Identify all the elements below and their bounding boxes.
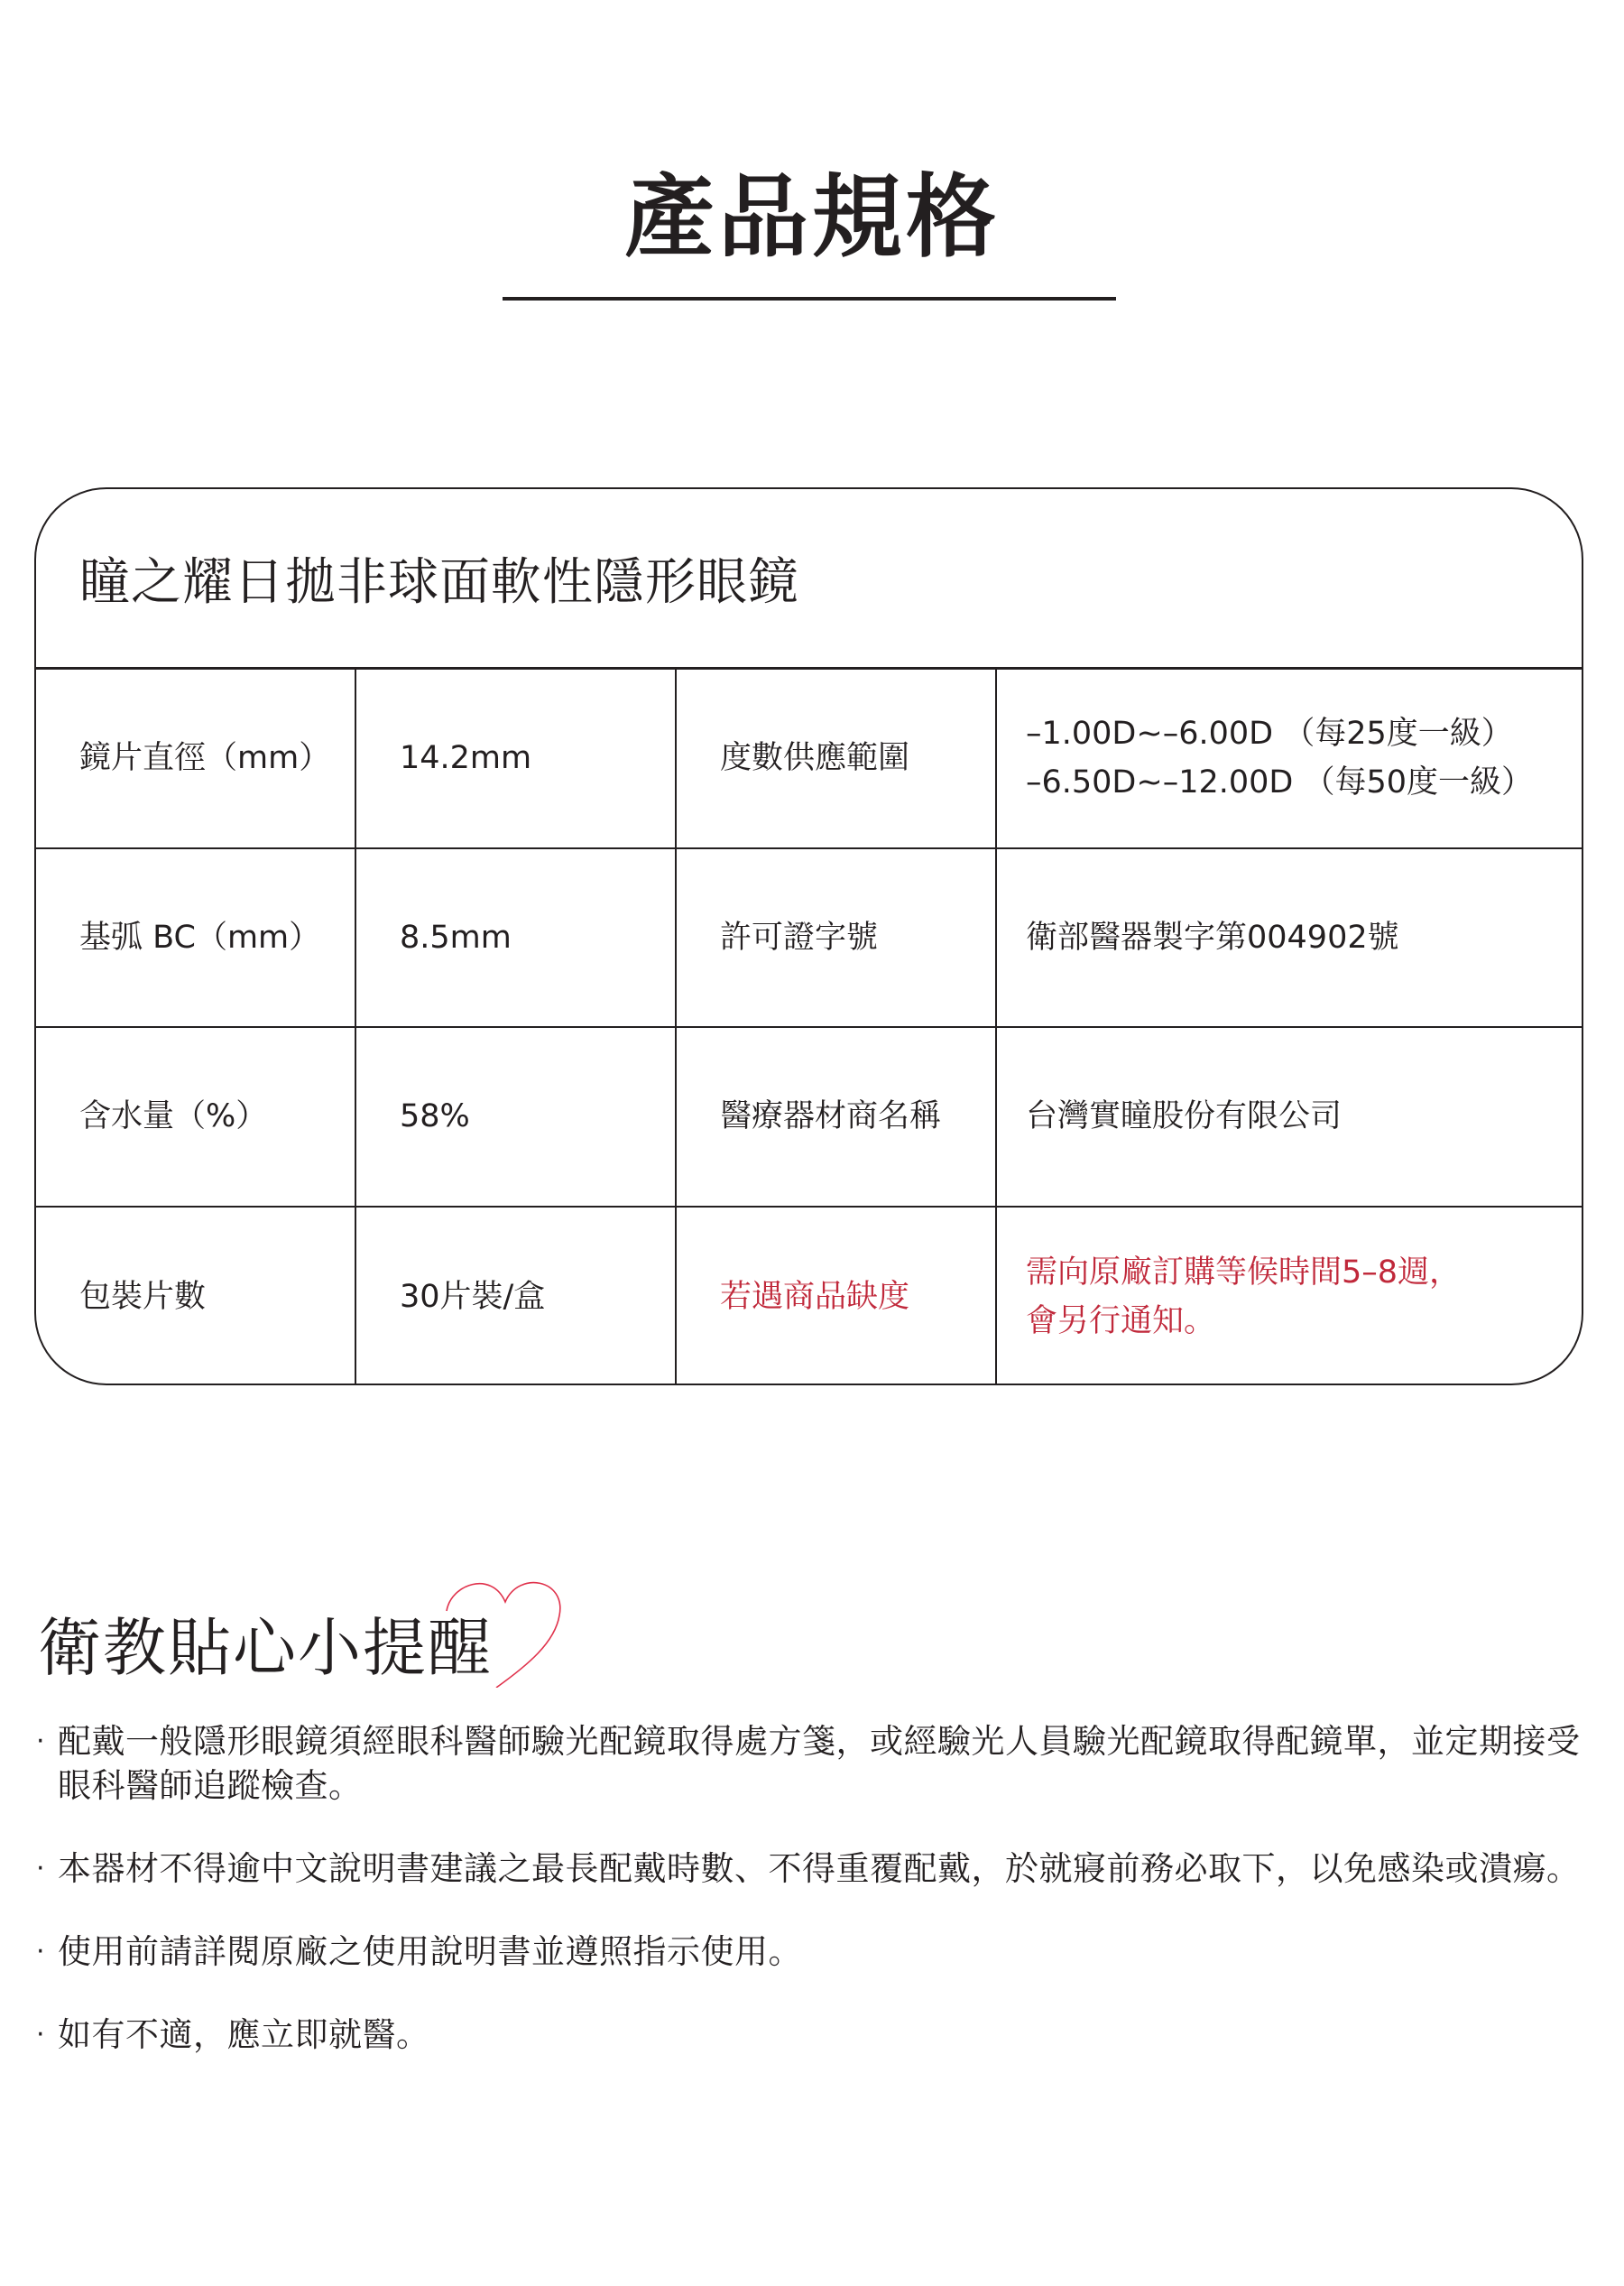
spec-value: 台灣實瞳股份有限公司: [997, 1028, 1582, 1206]
list-item: ·配戴一般隱形眼鏡須經眼科醫師驗光配鏡取得處方箋，或經驗光人員驗光配鏡取得配鏡單…: [36, 1719, 1588, 1808]
table-row: 鏡片直徑（mm） 14.2mm 度數供應範圍 –1.00D~–6.00D （每2…: [36, 670, 1582, 849]
stock-notice-line: 會另行通知。: [1026, 1297, 1461, 1346]
table-row: 包裝片數 30片裝/盒 若遇商品缺度 需向原廠訂購等候時間5–8週， 會另行通知…: [36, 1208, 1582, 1386]
bullet-dot: ·: [36, 1846, 45, 1891]
list-item: ·本器材不得逾中文說明書建議之最長配戴時數、不得重覆配戴，於就寢前務必取下，以免…: [36, 1846, 1588, 1891]
spec-value: 8.5mm: [356, 849, 677, 1027]
bullet-dot: ·: [36, 1930, 45, 1974]
list-item: ·如有不適，應立即就醫。: [36, 2013, 1588, 2057]
table-row: 基弧 BC（mm） 8.5mm 許可證字號 衛部醫器製字第004902號: [36, 849, 1582, 1029]
spec-label: 許可證字號: [677, 849, 997, 1027]
spec-value: 衛部醫器製字第004902號: [997, 849, 1582, 1027]
tips-list: ·配戴一般隱形眼鏡須經眼科醫師驗光配鏡取得處方箋，或經驗光人員驗光配鏡取得配鏡單…: [36, 1719, 1588, 2096]
spec-value: 58%: [356, 1028, 677, 1206]
table-row: 含水量（%） 58% 醫療器材商名稱 台灣實瞳股份有限公司: [36, 1028, 1582, 1208]
tip-text: 本器材不得逾中文說明書建議之最長配戴時數、不得重覆配戴，於就寢前務必取下，以免感…: [58, 1849, 1581, 1888]
spec-label: 鏡片直徑（mm）: [36, 670, 356, 847]
spec-value-line: –1.00D~–6.00D （每25度一級）: [1026, 709, 1533, 758]
stock-notice-line: 需向原廠訂購等候時間5–8週，: [1026, 1248, 1461, 1297]
tip-text: 使用前請詳閱原廠之使用說明書並遵照指示使用。: [58, 1932, 802, 1971]
stock-notice-label: 若遇商品缺度: [677, 1208, 997, 1386]
title-underline: [503, 297, 1116, 301]
spec-table: 瞳之耀日拋非球面軟性隱形眼鏡 鏡片直徑（mm） 14.2mm 度數供應範圍 –1…: [34, 487, 1583, 1385]
spec-label: 含水量（%）: [36, 1028, 356, 1206]
bullet-dot: ·: [36, 2013, 45, 2057]
spec-label: 度數供應範圍: [677, 670, 997, 847]
tip-text: 如有不適，應立即就醫。: [58, 2015, 430, 2054]
tips-heading: 衛教貼心小提醒: [38, 1597, 493, 1689]
product-name: 瞳之耀日拋非球面軟性隱形眼鏡: [36, 489, 1582, 670]
spec-label: 醫療器材商名稱: [677, 1028, 997, 1206]
list-item: ·使用前請詳閱原廠之使用說明書並遵照指示使用。: [36, 1930, 1588, 1974]
tip-text: 配戴一般隱形眼鏡須經眼科醫師驗光配鏡取得處方箋，或經驗光人員驗光配鏡取得配鏡單，…: [58, 1722, 1581, 1805]
spec-label: 基弧 BC（mm）: [36, 849, 356, 1027]
page-title: 產品規格: [0, 144, 1624, 274]
spec-value: –1.00D~–6.00D （每25度一級） –6.50D~–12.00D （每…: [997, 670, 1582, 847]
bullet-dot: ·: [36, 1719, 45, 1763]
heart-outline-icon: [442, 1575, 568, 1688]
spec-value: 14.2mm: [356, 670, 677, 847]
stock-notice-value: 需向原廠訂購等候時間5–8週， 會另行通知。: [997, 1208, 1582, 1386]
spec-value: 30片裝/盒: [356, 1208, 677, 1386]
spec-value-line: –6.50D~–12.00D （每50度一級）: [1026, 758, 1533, 807]
spec-label: 包裝片數: [36, 1208, 356, 1386]
